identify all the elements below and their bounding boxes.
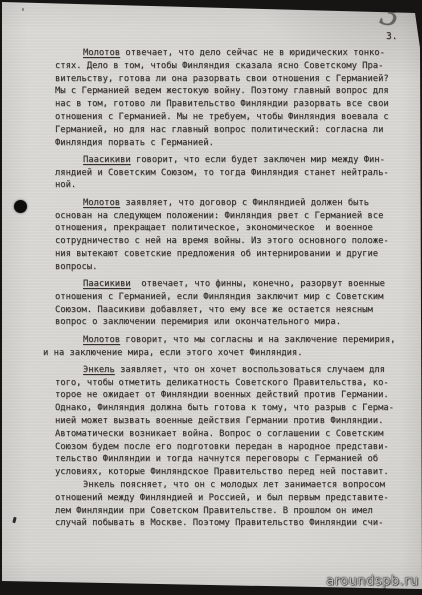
line-text: заявляет, что договор с Финляндией долже… <box>120 198 369 208</box>
text-line: Энкель поясняет, что он с молодых лет за… <box>55 479 401 492</box>
scanned-document: 3 3. Молотов отвечает, что дело сейчас н… <box>0 0 422 595</box>
paragraph: Энкель заявляет, что он хочет воспользов… <box>55 364 401 479</box>
text-line: стях. Дело в том, чтобы Финляндия сказал… <box>55 60 401 73</box>
text-line: Финляндия порвать с Германией. <box>55 137 401 150</box>
line-text: отвечает, что дело сейчас не в юридическ… <box>120 48 385 58</box>
speaker-name: Паасикиви <box>83 155 131 165</box>
text-line: Энкель заявляет, что он хочет воспользов… <box>55 364 401 377</box>
text-line: отношения, прекращает политическое, экон… <box>55 222 401 235</box>
text-line: торое не ожидает от Финляндии военных де… <box>55 389 401 402</box>
text-line: вительству, готова ли она разорвать свои… <box>55 73 401 86</box>
text-line: ляндией и Советским Союзом, то тогда Фин… <box>55 167 401 180</box>
text-line: основан на следующем положении: Финлянди… <box>55 210 401 223</box>
speaker-name: Энкель <box>83 480 115 490</box>
text-line: Мы с Германией ведем жестокую войну. Поэ… <box>55 85 401 98</box>
text-line: Молотов отвечает, что дело сейчас не в ю… <box>55 47 401 60</box>
line-text: поясняет, что он с молодых лет занимаетс… <box>115 480 385 490</box>
speaker-name: Энкель <box>83 365 115 375</box>
paragraph: Молотов говорит, что мы согласны и на за… <box>55 334 401 360</box>
text-line: и на заключение мира, если этого хочет Ф… <box>43 347 401 360</box>
speaker-name: Молотов <box>83 198 120 208</box>
text-line: ной. <box>55 179 401 192</box>
document-text: Молотов отвечает, что дело сейчас не в ю… <box>55 47 401 530</box>
line-text: заявляет, что он хочет воспользоваться с… <box>115 365 385 375</box>
paragraph: Паасикиви говорит, что если будет заключ… <box>55 154 401 192</box>
text-line: лем Финляндии при Советском Правительств… <box>55 505 401 518</box>
text-line: вопрос о заключении перемирия или оконча… <box>55 316 401 329</box>
punch-hole <box>14 200 27 213</box>
text-line: случай побывать в Москве. Поэтому Правит… <box>55 517 401 530</box>
text-line: сотрудничество с ней на время войны. Из … <box>55 235 401 248</box>
typed-page-number: 3. <box>386 31 397 42</box>
text-line: Автоматически возникает война. Вопрос о … <box>55 428 401 441</box>
text-line: того, чтобы отметить деликатность Советс… <box>55 377 401 390</box>
paragraph: Молотов заявляет, что договор с Финлянди… <box>55 197 401 274</box>
ink-speck <box>12 517 16 524</box>
text-line: Германией, но для нас главный вопрос пол… <box>55 124 401 137</box>
line-text: отвечает, что финны, конечно, разорвут в… <box>131 279 385 289</box>
text-line: ния вытекают советские предложения об ин… <box>55 248 401 261</box>
text-line: вопросы. <box>55 261 401 274</box>
paper-speck <box>22 8 24 11</box>
text-line: отношения с Германией. Мы не требуем, чт… <box>55 111 401 124</box>
text-line: нас в том, готово ли Правительство Финля… <box>55 98 401 111</box>
document-page: 3 3. Молотов отвечает, что дело сейчас н… <box>0 0 422 595</box>
text-line: Молотов говорит, что мы согласны и на за… <box>55 334 401 347</box>
paragraph: Энкель поясняет, что он с молодых лет за… <box>55 479 401 530</box>
text-line: Союзом будем после его подготовки переда… <box>55 441 401 454</box>
text-line: тельство Финляндии и тогда начнутся пере… <box>55 453 401 466</box>
line-text: говорит, что если будет заключен мир меж… <box>131 155 385 165</box>
speaker-name: Молотов <box>83 48 120 58</box>
speaker-name: Паасикиви <box>83 279 131 289</box>
text-line: Паасикиви отвечает, что финны, конечно, … <box>55 278 401 291</box>
text-line: Союзом. Паасикиви добавляет, что ему все… <box>55 304 401 317</box>
text-line: отношения с Германией, если Финляндия за… <box>55 291 401 304</box>
speaker-name: Молотов <box>83 335 120 345</box>
line-text: говорит, что мы согласны и на заключение… <box>120 335 395 345</box>
text-line: отношений между Финляндией и Россией, и … <box>55 492 401 505</box>
site-watermark: aroundspb.ru <box>326 574 419 589</box>
text-line: Однако, Финляндия должна быть готова к т… <box>55 402 401 415</box>
text-line: Молотов заявляет, что договор с Финлянди… <box>55 197 401 210</box>
text-line: условиях, которые Финляндское Правительс… <box>55 466 401 479</box>
text-line: нией может вызвать военные действия Герм… <box>55 415 401 428</box>
paragraph: Паасикиви отвечает, что финны, конечно, … <box>55 278 401 329</box>
text-line: Паасикиви говорит, что если будет заключ… <box>55 154 401 167</box>
paragraph: Молотов отвечает, что дело сейчас не в ю… <box>55 47 401 149</box>
